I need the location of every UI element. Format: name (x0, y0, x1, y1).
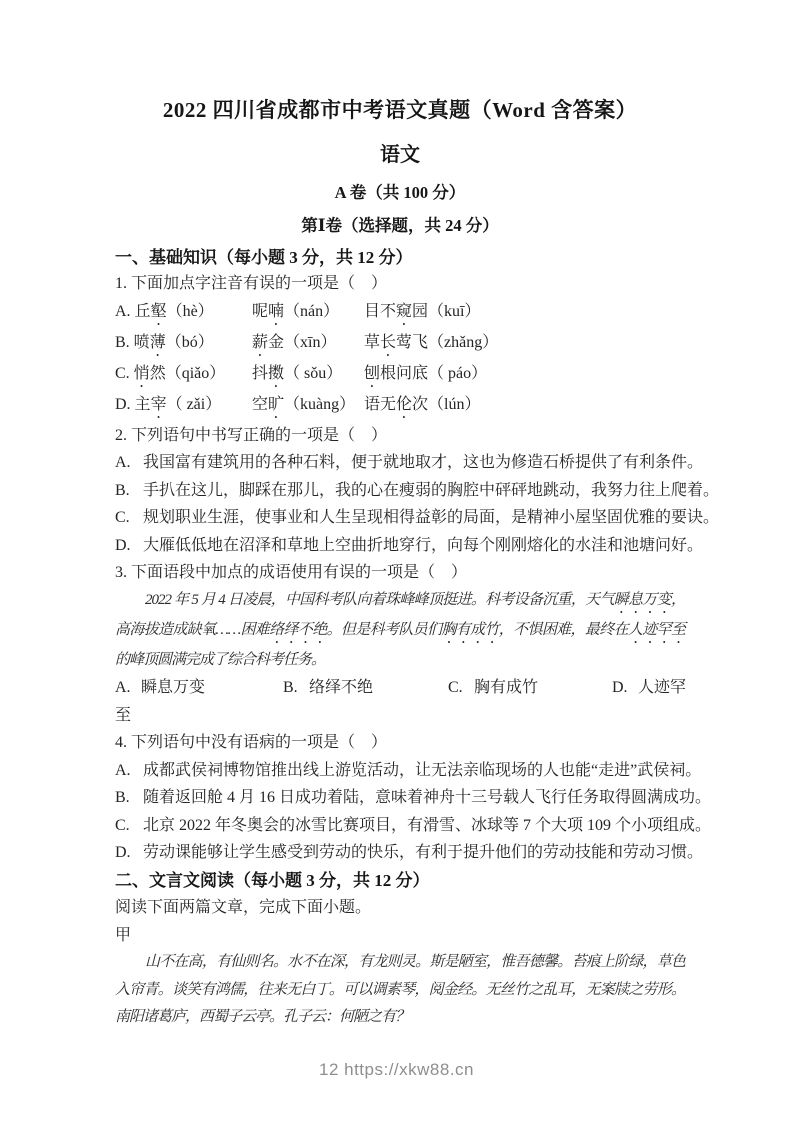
part1-heading: 第Ⅰ卷（选择题，共 24 分） (115, 214, 685, 237)
q1-option-a-term-2: 呢喃（nán） (252, 298, 364, 329)
q3-option-d-text: 人迹罕 (638, 679, 686, 696)
q2-option-b: B.手扒在这儿，脚踩在那儿，我的心在瘦弱的胸腔中砰砰地跳动，我努力往上爬着。 (115, 477, 685, 505)
q4-option-d-text: 劳动课能够让学生感受到劳动的快乐，有利于提升他们的劳动技能和劳动习惯。 (143, 844, 703, 861)
q4-option-a-text: 成都武侯祠博物馆推出线上游览活动，让无法亲临现场的人也能“走进”武侯祠。 (143, 762, 701, 779)
q2-option-a-text: 我国富有建筑用的各种石料，便于就地取才，这也为修造石桥提供了有利条件。 (143, 454, 703, 471)
q2-option-a-label: A. (115, 449, 143, 477)
q2-option-a: A.我国富有建筑用的各种石料，便于就地取才，这也为修造石桥提供了有利条件。 (115, 449, 685, 477)
q3-option-c: C.胸有成竹 (448, 674, 612, 702)
q3-option-c-text: 胸有成竹 (474, 679, 538, 696)
q1-stem: 1. 下面加点字注音有误的一项是（ ） (115, 270, 685, 298)
q2-option-d-text: 大雁低低地在沼泽和草地上空曲折地穿行，向每个刚刚熔化的水洼和池塘问好。 (143, 537, 703, 554)
q2-option-c-label: C. (115, 504, 143, 532)
q1-option-a-term-1: A. 丘壑（hè） (115, 298, 252, 329)
exam-page: 2022 四川省成都市中考语文真题（Word 含答案） 语文 A 卷（共 100… (0, 0, 793, 1122)
q1-option-c-term-1: C. 悄然（qiǎo） (115, 360, 252, 391)
passage-jia: 山不在高，有仙则名。水不在深，有龙则灵。斯是陋室，惟吾德馨。苔痕上阶绿，草色入帘… (115, 949, 685, 1032)
q4-option-c-text: 北京 2022 年冬奥会的冰雪比赛项目，有滑雪、冰球等 7 个大项 109 个小… (143, 817, 711, 834)
q2-option-b-text: 手扒在这儿，脚踩在那儿，我的心在瘦弱的胸腔中砰砰地跳动，我努力往上爬着。 (143, 482, 719, 499)
q4-option-a: A.成都武侯祠博物馆推出线上游览活动，让无法亲临现场的人也能“走进”武侯祠。 (115, 757, 685, 785)
q3-option-b-label: B. (283, 674, 309, 702)
q3-option-c-label: C. (448, 674, 474, 702)
paper-a-heading: A 卷（共 100 分） (115, 181, 685, 204)
q1-option-c-term-2: 抖擞（ sǒu） (252, 360, 364, 391)
q2-option-d: D.大雁低低地在沼泽和草地上空曲折地穿行，向每个刚刚熔化的水洼和池塘问好。 (115, 532, 685, 560)
q4-option-b-text: 随着返回舱 4 月 16 日成功着陆，意味着神舟十三号载人飞行任务取得圆满成功。 (143, 789, 711, 806)
section1-heading: 一、基础知识（每小题 3 分，共 12 分） (115, 246, 685, 270)
q2-stem: 2. 下列语句中书写正确的一项是（ ） (115, 422, 685, 450)
q2-option-c: C.规划职业生涯，使事业和人生呈现相得益彰的局面，是精神小屋坚固优雅的要诀。 (115, 504, 685, 532)
passage-label-jia: 甲 (115, 922, 685, 950)
q3-option-b-text: 络绎不绝 (309, 679, 373, 696)
q4-option-d-label: D. (115, 839, 143, 867)
q2-option-b-label: B. (115, 477, 143, 505)
q3-option-a-text: 瞬息万变 (141, 679, 205, 696)
q3-option-d-label: D. (612, 674, 638, 702)
q2-option-c-text: 规划职业生涯，使事业和人生呈现相得益彰的局面，是精神小屋坚固优雅的要诀。 (143, 509, 719, 526)
q1-option-row-b: B. 喷薄（bó） 薪金（xīn） 草长莺飞（zhǎng） (115, 329, 685, 360)
q1-option-row-a: A. 丘壑（hè） 呢喃（nán） 目不窥园（kuī） (115, 298, 685, 329)
q3-option-d-overflow: 至 (115, 702, 685, 730)
q4-option-c: C.北京 2022 年冬奥会的冰雪比赛项目，有滑雪、冰球等 7 个大项 109 … (115, 812, 685, 840)
page-footer: 12 https://xkw88.cn (0, 1058, 793, 1082)
section2-heading: 二、文言文阅读（每小题 3 分，共 12 分） (115, 867, 685, 895)
q1-option-b-term-3: 草长莺飞（zhǎng） (364, 329, 685, 360)
q4-option-c-label: C. (115, 812, 143, 840)
q4-option-a-label: A. (115, 757, 143, 785)
q4-option-b: B.随着返回舱 4 月 16 日成功着陆，意味着神舟十三号载人飞行任务取得圆满成… (115, 784, 685, 812)
q2-option-d-label: D. (115, 532, 143, 560)
q3-option-a-label: A. (115, 674, 141, 702)
q3-option-d: D.人迹罕 (612, 674, 686, 702)
subject-title: 语文 (115, 141, 685, 169)
q1-option-row-d: D. 主宰（ zǎi） 空旷（kuàng） 语无伦次（lún） (115, 391, 685, 422)
q3-stem: 3. 下面语段中加点的成语使用有误的一项是（ ） (115, 559, 685, 587)
q4-stem: 4. 下列语句中没有语病的一项是（ ） (115, 729, 685, 757)
q1-option-d-term-2: 空旷（kuàng） (252, 391, 364, 422)
q1-option-b-term-1: B. 喷薄（bó） (115, 329, 252, 360)
section2-intro: 阅读下面两篇文章，完成下面小题。 (115, 894, 685, 922)
q4-option-d: D.劳动课能够让学生感受到劳动的快乐，有利于提升他们的劳动技能和劳动习惯。 (115, 839, 685, 867)
q3-options-row: A.瞬息万变 B.络绎不绝 C.胸有成竹 D.人迹罕 (115, 674, 685, 702)
q3-option-b: B.络绎不绝 (283, 674, 448, 702)
page-title: 2022 四川省成都市中考语文真题（Word 含答案） (115, 95, 685, 125)
q1-option-a-term-3: 目不窥园（kuī） (364, 298, 685, 329)
q1-option-d-term-3: 语无伦次（lún） (364, 391, 685, 422)
q1-option-d-term-1: D. 主宰（ zǎi） (115, 391, 252, 422)
q1-option-row-c: C. 悄然（qiǎo） 抖擞（ sǒu） 刨根问底（ páo） (115, 360, 685, 391)
q3-option-a: A.瞬息万变 (115, 674, 283, 702)
q1-option-b-term-2: 薪金（xīn） (252, 329, 364, 360)
q1-option-c-term-3: 刨根问底（ páo） (364, 360, 685, 391)
q4-option-b-label: B. (115, 784, 143, 812)
q3-passage: 2022 年 5 月 4 日凌晨，中国科考队向着珠峰峰顶挺进。科考设备沉重，天气… (115, 587, 685, 675)
